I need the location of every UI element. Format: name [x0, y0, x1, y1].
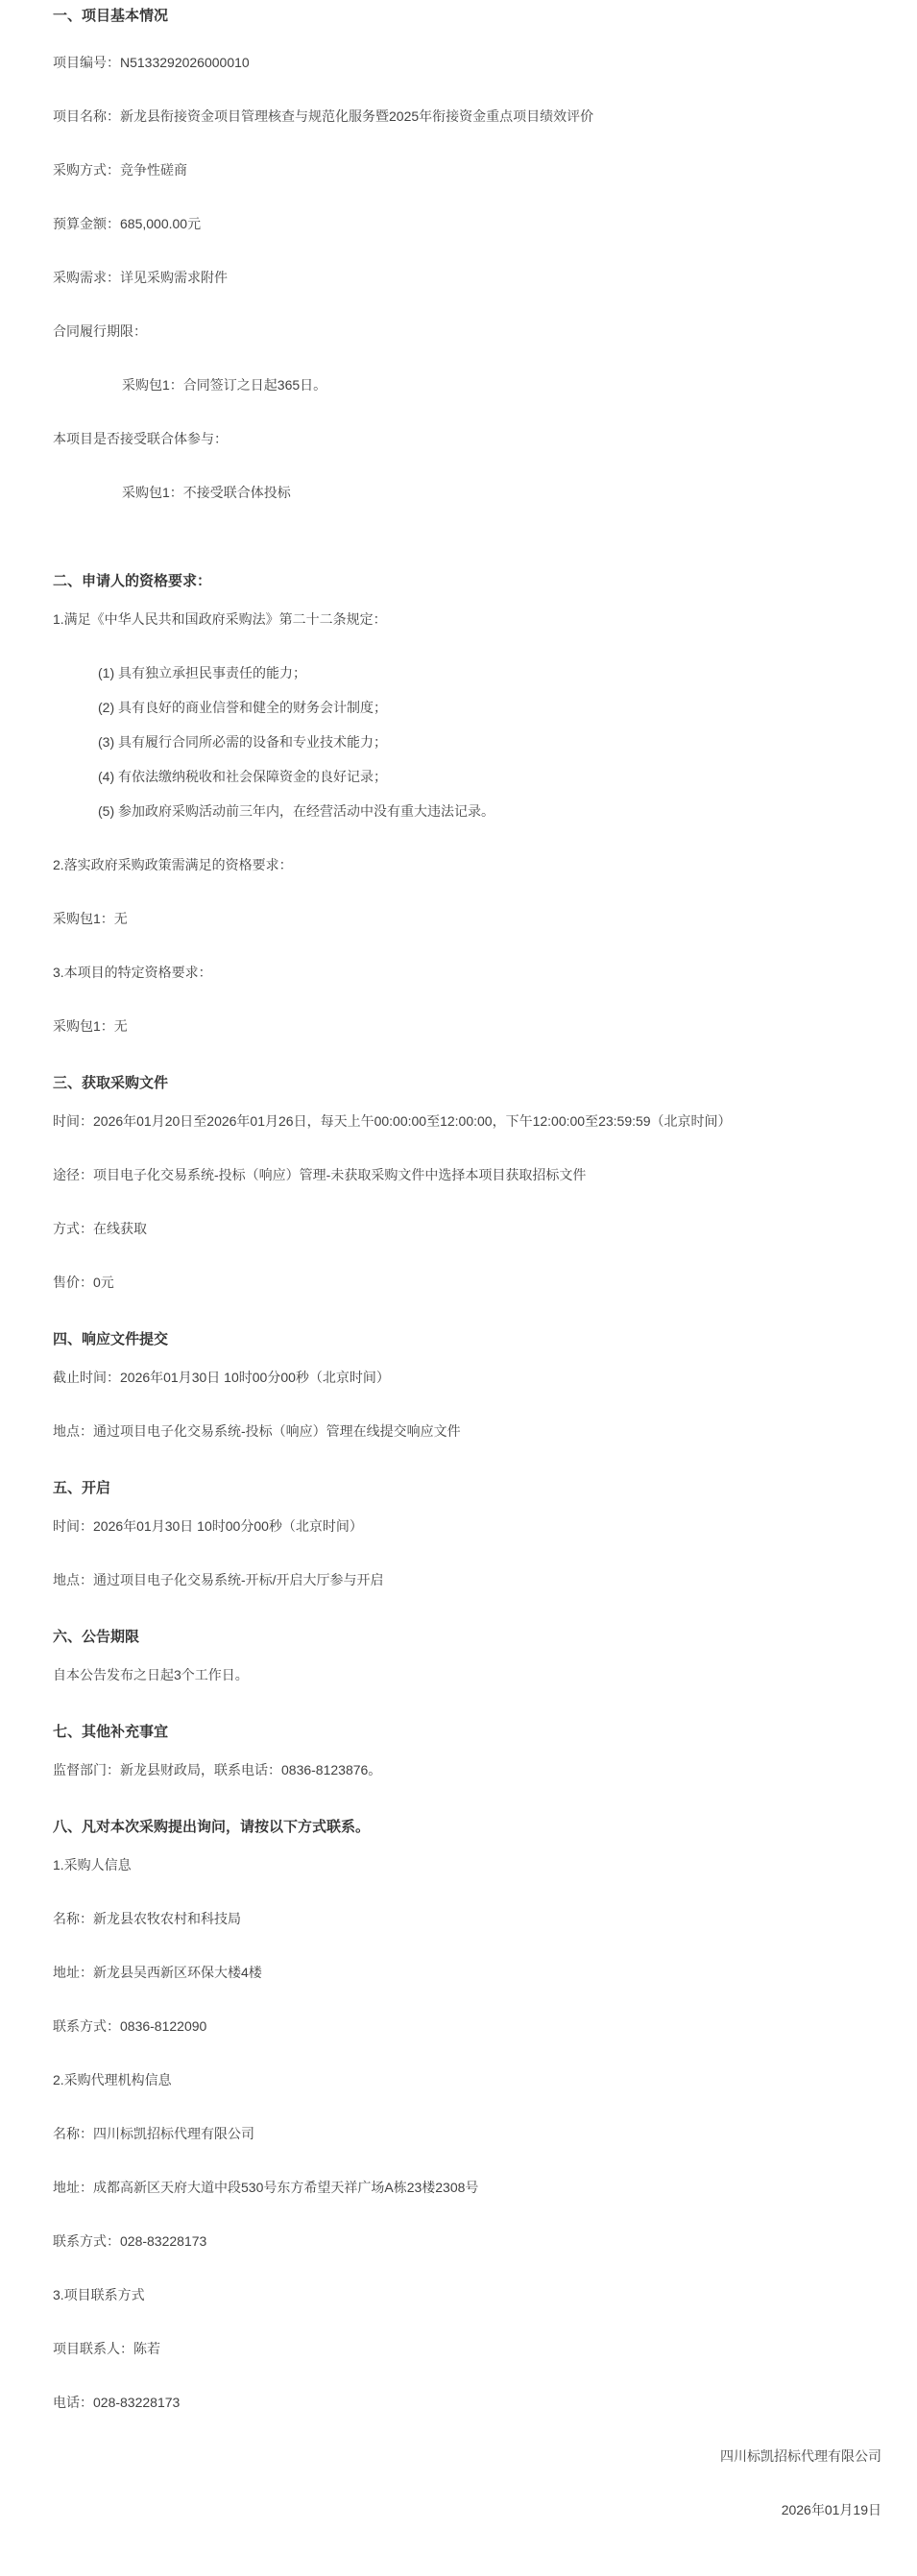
section-title-contacts: 八、凡对本次采购提出询问，请按以下方式联系。 — [53, 1811, 881, 1844]
field-obtain-method: 方式：在线获取 — [53, 1212, 881, 1245]
qualification-item-4: (4) 有依法缴纳税收和社会保障资金的良好记录； — [53, 760, 881, 793]
qualification-policy-package1: 采购包1：无 — [53, 902, 881, 935]
agency-contact: 联系方式：028-83228173 — [53, 2225, 881, 2257]
purchaser-info-heading: 1.采购人信息 — [53, 1849, 881, 1881]
qualification-item-5: (5) 参加政府采购活动前三年内，在经营活动中没有重大违法记录。 — [53, 795, 881, 827]
field-obtain-channel: 途径：项目电子化交易系统-投标（响应）管理-未获取采购文件中选择本项目获取招标文… — [53, 1158, 881, 1191]
project-contact-heading: 3.项目联系方式 — [53, 2278, 881, 2311]
section-title-supplementary: 七、其他补充事宜 — [53, 1716, 881, 1749]
field-procurement-requirements: 采购需求：详见采购需求附件 — [53, 261, 881, 294]
field-submission-deadline: 截止时间：2026年01月30日 10时00分00秒（北京时间） — [53, 1361, 881, 1394]
field-procurement-method: 采购方式：竞争性磋商 — [53, 154, 881, 186]
field-contract-term-label: 合同履行期限： — [53, 315, 881, 347]
signature-company: 四川标凯招标代理有限公司 — [53, 2440, 881, 2472]
section-title-announcement-period: 六、公告期限 — [53, 1621, 881, 1654]
section-title-basic-info: 一、项目基本情况 — [53, 0, 881, 33]
signature-date: 2026年01月19日 — [53, 2493, 881, 2526]
field-opening-place: 地点：通过项目电子化交易系统-开标/开启大厅参与开启 — [53, 1563, 881, 1596]
purchaser-name: 名称：新龙县农牧农村和科技局 — [53, 1902, 881, 1935]
project-contact-phone: 电话：028-83228173 — [53, 2386, 881, 2419]
section-title-opening: 五、开启 — [53, 1472, 881, 1505]
agency-name: 名称：四川标凯招标代理有限公司 — [53, 2117, 881, 2150]
qualification-item-1: (1) 具有独立承担民事责任的能力； — [53, 656, 881, 689]
qualification-law-intro: 1.满足《中华人民共和国政府采购法》第二十二条规定： — [53, 603, 881, 635]
field-consortium-label: 本项目是否接受联合体参与： — [53, 422, 881, 455]
agency-address: 地址：成都高新区天府大道中段530号东方希望天祥广场A栋23楼2308号 — [53, 2171, 881, 2204]
field-project-number: 项目编号：N5133292026000010 — [53, 46, 881, 79]
field-budget-amount: 预算金额：685,000.00元 — [53, 207, 881, 240]
qualification-item-2: (2) 具有良好的商业信誉和健全的财务会计制度； — [53, 691, 881, 724]
section-title-qualification: 二、申请人的资格要求： — [53, 565, 881, 598]
field-opening-time: 时间：2026年01月30日 10时00分00秒（北京时间） — [53, 1510, 881, 1542]
qualification-policy-intro: 2.落实政府采购政策需满足的资格要求： — [53, 848, 881, 881]
field-announcement-period: 自本公告发布之日起3个工作日。 — [53, 1658, 881, 1691]
field-obtain-price: 售价：0元 — [53, 1266, 881, 1299]
field-submission-place: 地点：通过项目电子化交易系统-投标（响应）管理在线提交响应文件 — [53, 1415, 881, 1447]
field-obtain-time: 时间：2026年01月20日至2026年01月26日，每天上午00:00:00至… — [53, 1105, 881, 1137]
field-contract-term-package1: 采购包1：合同签订之日起365日。 — [53, 369, 881, 401]
purchaser-contact: 联系方式：0836-8122090 — [53, 2010, 881, 2042]
section-title-response-submission: 四、响应文件提交 — [53, 1324, 881, 1356]
field-consortium-package1: 采购包1：不接受联合体投标 — [53, 476, 881, 509]
project-contact-person: 项目联系人：陈若 — [53, 2332, 881, 2365]
field-supervision-department: 监督部门：新龙县财政局，联系电话：0836-8123876。 — [53, 1753, 881, 1786]
qualification-specific-intro: 3.本项目的特定资格要求： — [53, 956, 881, 989]
purchaser-address: 地址：新龙县吴西新区环保大楼4楼 — [53, 1956, 881, 1989]
field-project-name: 项目名称：新龙县衔接资金项目管理核查与规范化服务暨2025年衔接资金重点项目绩效… — [53, 100, 881, 132]
qualification-item-3: (3) 具有履行合同所必需的设备和专业技术能力； — [53, 726, 881, 758]
agency-info-heading: 2.采购代理机构信息 — [53, 2063, 881, 2096]
section-title-obtain-documents: 三、获取采购文件 — [53, 1067, 881, 1100]
procurement-announcement-document: 一、项目基本情况 项目编号：N5133292026000010 项目名称：新龙县… — [0, 0, 917, 2576]
qualification-specific-package1: 采购包1：无 — [53, 1010, 881, 1042]
